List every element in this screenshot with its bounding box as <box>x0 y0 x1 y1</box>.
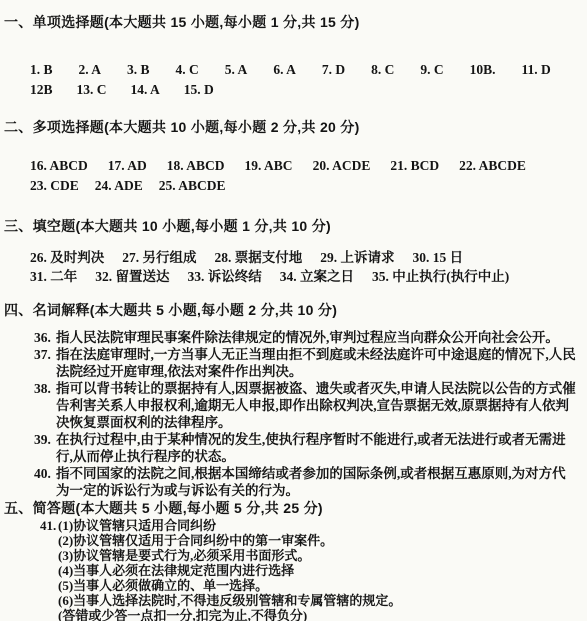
answer-item: 22. ABCDE <box>459 156 526 176</box>
term-explanation-list: 36. 指人民法院审理民事案件除法律规定的情况外,审判过程应当向群众公开向社会公… <box>4 329 579 499</box>
answer-item: 19. ABC <box>245 156 293 176</box>
section-heading-short-answer: 五、简答题(本大题共 5 小题,每小题 5 分,共 25 分) <box>4 499 579 517</box>
item-number: 41. <box>40 518 56 533</box>
answer-line: (4)当事人必须在法律规定范围内进行选择 <box>58 563 579 578</box>
item-text: 指在法庭审理时,一方当事人无正当理由拒不到庭或未经法庭许可中途退庭的情况下,人民… <box>56 347 576 379</box>
answer-item: 2. A <box>79 60 102 80</box>
answer-item: 15. D <box>184 80 214 100</box>
single-choice-answers: 1. B2. A3. B4. C5. A6. A7. D8. C9. C10B.… <box>4 60 579 100</box>
answer-item: 1. B <box>30 60 53 80</box>
answer-item: 11. D <box>521 60 550 80</box>
item-number: 37. <box>34 346 51 363</box>
answer-item: 10B. <box>470 60 496 80</box>
item-number: 36. <box>34 329 51 346</box>
answer-row: 12B13. C14. A15. D <box>4 80 579 100</box>
short-answer-lines: (1)协议管辖只适用合同纠纷(2)协议管辖仅适用于合同纠纷中的第一审案件。(3)… <box>58 518 579 621</box>
answer-item: 20. ACDE <box>313 156 371 176</box>
answer-item: 34. 立案之日 <box>280 267 354 286</box>
item-text: 指人民法院审理民事案件除法律规定的情况外,审判过程应当向群众公开向社会公开。 <box>56 330 559 345</box>
answer-item: 29. 上诉请求 <box>320 248 394 267</box>
answer-line: (答错或少答一点扣一分,扣完为止,不得负分) <box>58 608 579 621</box>
answer-item: 8. C <box>371 60 394 80</box>
answer-item: 18. ABCD <box>167 156 225 176</box>
definition-item: 40. 指不同国家的法院之间,根据本国缔结或者参加的国际条例,或者根据互惠原则,… <box>34 465 577 499</box>
answer-item: 13. C <box>77 80 107 100</box>
section-heading-fill-in-blank: 三、填空题(本大题共 10 小题,每小题 1 分,共 10 分) <box>4 217 579 235</box>
definition-item: 37. 指在法庭审理时,一方当事人无正当理由拒不到庭或未经法庭许可中途退庭的情况… <box>34 346 577 380</box>
answer-item: 4. C <box>176 60 199 80</box>
answer-item: 12B <box>30 80 53 100</box>
item-text: 指可以背书转让的票据持有人,因票据被盗、遗失或者灭失,申请人民法院以公告的方式催… <box>56 381 576 430</box>
answer-line: (5)当事人必须做确立的、单一选择。 <box>58 578 579 593</box>
short-answer-item: 41. (1)协议管辖只适用合同纠纷(2)协议管辖仅适用于合同纠纷中的第一审案件… <box>4 518 579 621</box>
answer-item: 23. CDE <box>30 176 79 196</box>
section-term-explanation: 四、名词解释(本大题共 5 小题,每小题 2 分,共 10 分) 36. 指人民… <box>4 301 579 499</box>
section-fill-in-blank: 三、填空题(本大题共 10 小题,每小题 1 分,共 10 分) 26. 及时判… <box>4 217 579 286</box>
answer-line: (6)当事人选择法院时,不得违反级别管辖和专属管辖的规定。 <box>58 593 579 608</box>
answer-item: 21. BCD <box>390 156 439 176</box>
section-short-answer: 五、简答题(本大题共 5 小题,每小题 5 分,共 25 分) 41. (1)协… <box>4 499 579 621</box>
answer-item: 5. A <box>225 60 248 80</box>
answer-item: 6. A <box>273 60 296 80</box>
answer-item: 32. 留置送达 <box>95 267 169 286</box>
answer-item: 7. D <box>322 60 345 80</box>
answer-item: 33. 诉讼终结 <box>188 267 262 286</box>
multiple-choice-answers: 16. ABCD17. AD18. ABCD19. ABC20. ACDE21.… <box>4 156 579 196</box>
answer-item: 27. 另行组成 <box>122 248 196 267</box>
item-text: 指不同国家的法院之间,根据本国缔结或者参加的国际条例,或者根据互惠原则,为对方代… <box>56 466 566 498</box>
answer-item: 24. ADE <box>95 176 143 196</box>
definition-item: 39. 在执行过程中,由于某种情况的发生,使执行程序暂时不能进行,或者无法进行或… <box>34 431 577 465</box>
answer-item: 16. ABCD <box>30 156 88 176</box>
section-heading-multiple-choice: 二、多项选择题(本大题共 10 小题,每小题 2 分,共 20 分) <box>4 118 579 136</box>
answer-item: 9. C <box>420 60 443 80</box>
answer-item: 3. B <box>127 60 150 80</box>
item-text: 在执行过程中,由于某种情况的发生,使执行程序暂时不能进行,或者无法进行或者无需进… <box>56 432 566 464</box>
answer-item: 26. 及时判决 <box>30 248 104 267</box>
section-heading-single-choice: 一、单项选择题(本大题共 15 小题,每小题 1 分,共 15 分) <box>4 13 579 31</box>
item-number: 38. <box>34 380 51 397</box>
answer-line: (1)协议管辖只适用合同纠纷 <box>58 518 579 533</box>
fill-in-blank-answers: 26. 及时判决27. 另行组成28. 票据支付地29. 上诉请求30. 15 … <box>4 248 579 286</box>
answer-row: 31. 二年32. 留置送达33. 诉讼终结34. 立案之日35. 中止执行(执… <box>4 267 579 286</box>
answer-row: 1. B2. A3. B4. C5. A6. A7. D8. C9. C10B.… <box>4 60 579 80</box>
answer-row: 26. 及时判决27. 另行组成28. 票据支付地29. 上诉请求30. 15 … <box>4 248 579 267</box>
answer-item: 31. 二年 <box>30 267 77 286</box>
definition-item: 36. 指人民法院审理民事案件除法律规定的情况外,审判过程应当向群众公开向社会公… <box>34 329 577 346</box>
answer-item: 30. 15 日 <box>413 248 464 267</box>
answer-row: 23. CDE24. ADE25. ABCDE <box>4 176 579 196</box>
item-number: 39. <box>34 431 51 448</box>
document-page: 一、单项选择题(本大题共 15 小题,每小题 1 分,共 15 分) 1. B2… <box>0 0 587 621</box>
section-heading-term-explanation: 四、名词解释(本大题共 5 小题,每小题 2 分,共 10 分) <box>4 301 579 319</box>
section-single-choice: 一、单项选择题(本大题共 15 小题,每小题 1 分,共 15 分) 1. B2… <box>4 13 579 100</box>
answer-item: 35. 中止执行(执行中止) <box>372 267 509 286</box>
answer-item: 17. AD <box>108 156 147 176</box>
answer-item: 28. 票据支付地 <box>215 248 303 267</box>
answer-row: 16. ABCD17. AD18. ABCD19. ABC20. ACDE21.… <box>4 156 579 176</box>
answer-item: 25. ABCDE <box>159 176 226 196</box>
answer-item: 14. A <box>131 80 160 100</box>
item-number: 40. <box>34 465 51 482</box>
answer-line: (2)协议管辖仅适用于合同纠纷中的第一审案件。 <box>58 533 579 548</box>
section-multiple-choice: 二、多项选择题(本大题共 10 小题,每小题 2 分,共 20 分) 16. A… <box>4 118 579 196</box>
definition-item: 38. 指可以背书转让的票据持有人,因票据被盗、遗失或者灭失,申请人民法院以公告… <box>34 380 577 431</box>
answer-line: (3)协议管辖是要式行为,必须采用书面形式。 <box>58 548 579 563</box>
